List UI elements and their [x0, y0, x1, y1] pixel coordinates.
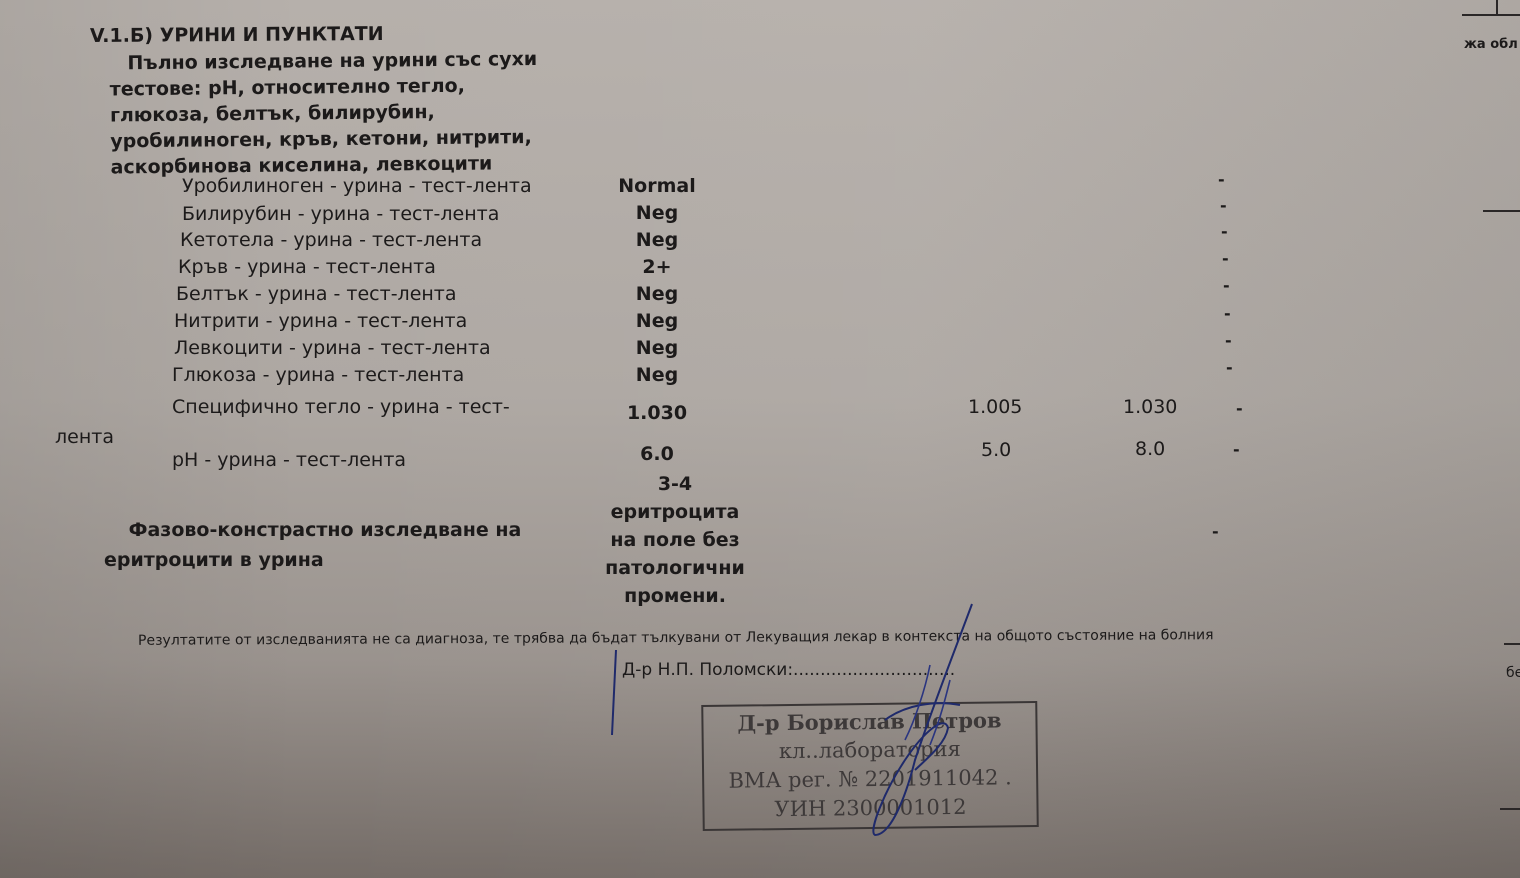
- result-flag: -: [1225, 331, 1232, 350]
- result-flag: -: [1223, 276, 1230, 295]
- phase-value-line: промени.: [590, 582, 760, 610]
- result-value: Neg: [587, 202, 727, 224]
- result-value: 1.030: [587, 402, 727, 424]
- phase-value-line: на поле без: [590, 526, 760, 554]
- stamp-department: кл..лаборатория: [704, 734, 1036, 767]
- result-value: Neg: [587, 283, 727, 305]
- phase-label-line: еритроцити в урина: [100, 545, 550, 575]
- result-flag: -: [1236, 399, 1243, 418]
- phase-contrast-flag: -: [1212, 522, 1219, 541]
- section-title: V.1.Б) УРИНИ И ПУНКТАТИ: [90, 23, 384, 47]
- result-name: Глюкоза - урина - тест-лента: [172, 364, 464, 386]
- result-name: Нитрити - урина - тест-лента: [174, 310, 467, 332]
- stamp-uin: УИН 2300001012: [704, 792, 1036, 825]
- result-value: Neg: [587, 310, 727, 332]
- result-value: Neg: [587, 364, 727, 386]
- result-value: Normal: [587, 175, 727, 197]
- result-value: 6.0: [587, 443, 727, 465]
- edge-rule: [1483, 210, 1520, 212]
- result-name: Кръв - урина - тест-лента: [178, 256, 436, 278]
- edge-rule: [1500, 808, 1520, 810]
- edge-fragment-top: жа обл .: [1464, 37, 1520, 52]
- reference-high: 8.0: [1135, 438, 1165, 460]
- result-name: Кетотела - урина - тест-лента: [180, 229, 482, 251]
- result-flag: -: [1224, 304, 1231, 323]
- result-flag: -: [1220, 196, 1227, 215]
- result-name: Белтък - урина - тест-лента: [176, 283, 457, 305]
- result-flag: -: [1221, 222, 1228, 241]
- reference-low: 5.0: [981, 439, 1011, 461]
- result-name: pH - урина - тест-лента: [172, 449, 406, 471]
- result-name: Билирубин - урина - тест-лента: [182, 203, 499, 225]
- phase-value-line: 3-4: [590, 470, 760, 498]
- reference-low: 1.005: [968, 396, 1022, 418]
- result-flag: -: [1226, 358, 1233, 377]
- doctor-stamp: Д-р Борислав Петров кл..лаборатория ВМА …: [701, 701, 1039, 831]
- section-description: Пълно изследване на урини със сухи тесто…: [109, 46, 580, 181]
- edge-rule: [1504, 643, 1520, 645]
- phase-contrast-value: 3-4 еритроцита на поле без патологични п…: [590, 470, 760, 610]
- result-flag: -: [1233, 440, 1240, 459]
- result-name: Уробилиноген - урина - тест-лента: [182, 175, 532, 197]
- edge-fragment-bottom: бе: [1506, 665, 1520, 681]
- result-value: 2+: [587, 256, 727, 278]
- stamp-reg: ВМА рег. № 2201911042 .: [704, 763, 1036, 796]
- description-line: уробилиноген, кръв, кетони, нитрити,: [110, 124, 580, 155]
- result-value: Neg: [587, 337, 727, 359]
- result-name-wrap: лента: [55, 426, 114, 448]
- doctor-signature-line: Д-р Н.П. Поломски:......................…: [622, 660, 955, 680]
- result-flag: -: [1218, 170, 1225, 189]
- result-value: Neg: [587, 229, 727, 251]
- result-flag: -: [1222, 249, 1229, 268]
- edge-rule: [1462, 14, 1520, 16]
- description-line: Пълно изследване на урини със сухи: [109, 46, 579, 77]
- result-name: Специфично тегло - урина - тест-: [172, 396, 510, 418]
- stamp-name: Д-р Борислав Петров: [703, 705, 1035, 738]
- result-name: Левкоцити - урина - тест-лента: [174, 337, 491, 359]
- phase-label-line: Фазово-констрастно изследване на: [100, 515, 550, 545]
- edge-rule: [1496, 0, 1498, 14]
- phase-value-line: патологични: [590, 554, 760, 582]
- phase-value-line: еритроцита: [590, 498, 760, 526]
- reference-high: 1.030: [1123, 396, 1177, 418]
- phase-contrast-label: Фазово-констрастно изследване на еритроц…: [100, 515, 550, 575]
- disclaimer-text: Резултатите от изследванията не са диагн…: [138, 627, 1214, 649]
